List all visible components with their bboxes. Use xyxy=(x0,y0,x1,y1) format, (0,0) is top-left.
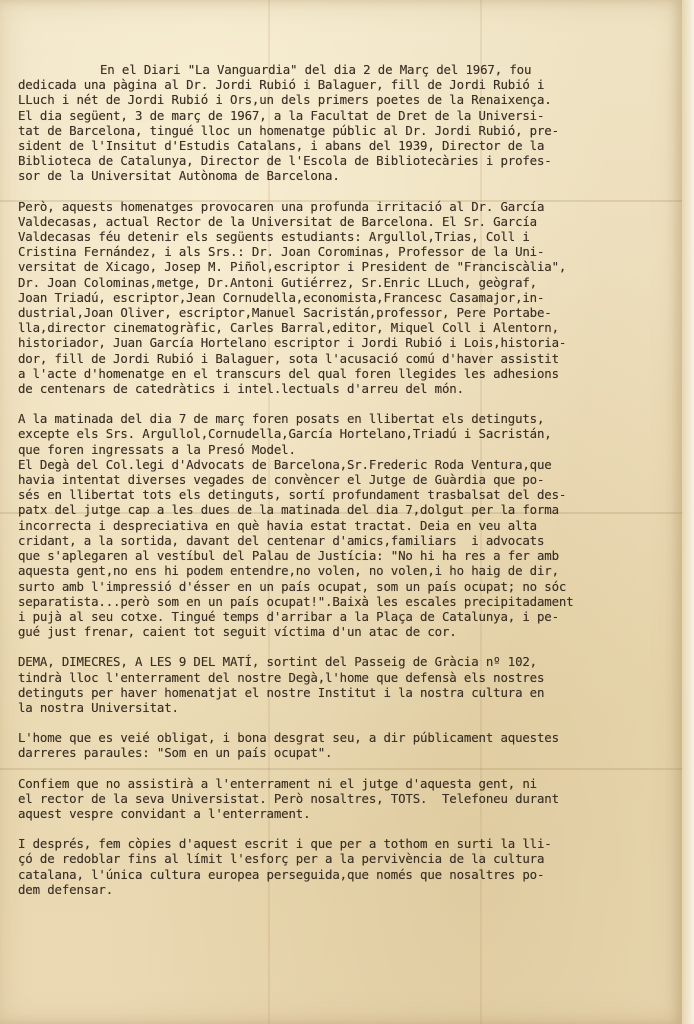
paragraph-p7: Confiem que no assistirà a l'enterrament… xyxy=(18,776,648,822)
paragraph-p4: El Degà del Col.legi d'Advocats de Barce… xyxy=(18,457,648,639)
paragraph-p6: L'home que es veié obligat, i bona desgr… xyxy=(18,730,648,760)
text-line: darreres paraules: "Som en un país ocupa… xyxy=(18,745,648,760)
text-line: DEMA, DIMECRES, A LES 9 DEL MATÍ, sortin… xyxy=(18,654,648,669)
paragraph-p8: I després, fem còpies d'aquest escrit i … xyxy=(18,836,648,897)
text-line: a l'acte d'homenatge en el transcurs del… xyxy=(18,366,648,381)
text-line: dem defensar. xyxy=(18,882,648,897)
text-line: L'home que es veié obligat, i bona desgr… xyxy=(18,730,648,745)
text-line: historiador, Juan García Hortelano escri… xyxy=(18,335,648,350)
text-line: dustrial,Joan Oliver, escriptor,Manuel S… xyxy=(18,305,648,320)
text-line: gué just frenar, caient tot seguit vícti… xyxy=(18,624,648,639)
text-line: i pujà al seu cotxe. Tingué temps d'arri… xyxy=(18,609,648,624)
text-line: El Degà del Col.legi d'Advocats de Barce… xyxy=(18,457,648,472)
paper-edge xyxy=(682,0,694,1024)
text-line: aquest vespre convidant a l'enterrament. xyxy=(18,806,648,821)
text-line: A la matinada del dia 7 de març foren po… xyxy=(18,411,648,426)
paragraph-p1: En el Diari "La Vanguardia" del dia 2 de… xyxy=(18,62,648,184)
text-line: incorrecta i despreciativa en què havia … xyxy=(18,518,648,533)
text-line: cridant, a la sortida, davant del centen… xyxy=(18,533,648,548)
text-line: Cristina Fernández, i als Srs.: Dr. Joan… xyxy=(18,244,648,259)
text-line: versitat de Xicago, Josep M. Piñol,escri… xyxy=(18,259,648,274)
text-line: dedicada una pàgina al Dr. Jordi Rubió i… xyxy=(18,77,648,92)
text-line: havia intentat diverses vegades de convè… xyxy=(18,472,648,487)
text-line: Joan Triadú, escriptor,Jean Cornudella,e… xyxy=(18,290,648,305)
text-line: En el Diari "La Vanguardia" del dia 2 de… xyxy=(18,62,648,77)
text-line: Dr. Joan Colominas,metge, Dr.Antoni Guti… xyxy=(18,275,648,290)
text-line: lla,director cinematogràfic, Carles Barr… xyxy=(18,320,648,335)
text-line: Valdecasas, actual Rector de la Universi… xyxy=(18,214,648,229)
text-line: sident de l'Insitut d'Estudis Catalans, … xyxy=(18,138,648,153)
text-line: aquesta gent,no ens hi podem entendre,no… xyxy=(18,563,648,578)
text-line: patx del jutge cap a les dues de la mati… xyxy=(18,502,648,517)
text-line: catalana, l'única cultura europea perseg… xyxy=(18,867,648,882)
text-line: dor, fill de Jordi Rubió i Balaguer, sot… xyxy=(18,351,648,366)
text-line: sés en llibertat tots els detinguts, sor… xyxy=(18,487,648,502)
text-line: detinguts per haver homenatjat el nostre… xyxy=(18,685,648,700)
text-line: tat de Barcelona, tingué lloc un homenat… xyxy=(18,123,648,138)
text-line: surto amb l'impressió d'ésser en un país… xyxy=(18,579,648,594)
text-line: separatista...però som en un país ocupat… xyxy=(18,594,648,609)
paragraph-p2: Però, aquests homenatges provocaren una … xyxy=(18,199,648,397)
text-line: la nostra Universitat. xyxy=(18,700,648,715)
text-line: Confiem que no assistirà a l'enterrament… xyxy=(18,776,648,791)
text-line: excepte els Srs. Argullol,Cornudella,Gar… xyxy=(18,426,648,441)
document-body: En el Diari "La Vanguardia" del dia 2 de… xyxy=(18,62,648,912)
text-line: que s'aplegaren al vestíbul del Palau de… xyxy=(18,548,648,563)
text-line: Però, aquests homenatges provocaren una … xyxy=(18,199,648,214)
text-line: sor de la Universitat Autònoma de Barcel… xyxy=(18,168,648,183)
text-line: que foren ingressats a la Presó Model. xyxy=(18,442,648,457)
text-line: tindrà lloc l'enterrament del nostre Deg… xyxy=(18,670,648,685)
text-line: çó de redoblar fins al límit l'esforç pe… xyxy=(18,851,648,866)
paragraph-p5: DEMA, DIMECRES, A LES 9 DEL MATÍ, sortin… xyxy=(18,654,648,715)
text-line: el rector de la seva Universistat. Però … xyxy=(18,791,648,806)
paragraph-p3: A la matinada del dia 7 de març foren po… xyxy=(18,411,648,457)
text-line: de centenars de catedràtics i intel.lect… xyxy=(18,381,648,396)
text-line: El dia següent, 3 de març de 1967, a la … xyxy=(18,108,648,123)
text-line: I després, fem còpies d'aquest escrit i … xyxy=(18,836,648,851)
text-line: LLuch i nét de Jordi Rubió i Ors,un dels… xyxy=(18,92,648,107)
text-line: Valdecasas féu detenir els següents estu… xyxy=(18,229,648,244)
text-line: Biblioteca de Catalunya, Director de l'E… xyxy=(18,153,648,168)
